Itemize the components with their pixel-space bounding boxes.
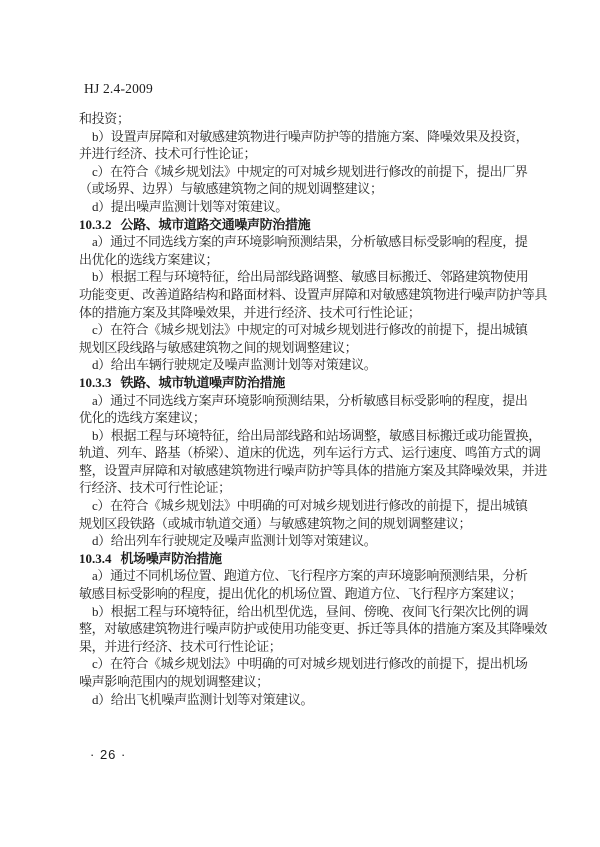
text-line: c）在符合《城乡规划法》中规定的可对城乡规划进行修改的前提下，提出厂界: [79, 163, 525, 181]
text-line: 功能变更、改善道路结构和路面材料、设置声屏障和对敏感建筑物进行噪声防护等具: [79, 286, 525, 304]
text-line: 果，并进行经济、技术可行性论证；: [79, 638, 525, 656]
text-line: b）根据工程与环境特征，给出局部线路调整、敏感目标搬迁、邻路建筑物使用: [79, 268, 525, 286]
text-line: b）根据工程与环境特征，给出局部线路和站场调整，敏感目标搬迁或功能置换，: [79, 427, 525, 445]
text-line: 整，对敏感建筑物进行噪声防护或使用功能变更、拆迁等具体的措施方案及其降噪效: [79, 620, 525, 638]
text-line: 出优化的选线方案建议；: [79, 251, 525, 269]
text-line: a）通过不同选线方案声环境影响预测结果，分析敏感目标受影响的程度，提出: [79, 392, 525, 410]
text-line: a）通过不同机场位置、跑道方位、飞行程序方案的声环境影响预测结果，分析: [79, 567, 525, 585]
section-heading: 10.3.3铁路、城市轨道噪声防治措施: [79, 374, 525, 392]
text-line: 优化的选线方案建议；: [79, 409, 525, 427]
page-number: · 26 ·: [90, 747, 126, 762]
clause-number: 10.3.4: [79, 551, 112, 566]
clause-number: 10.3.3: [79, 375, 112, 390]
text-line: 并进行经济、技术可行性论证；: [79, 145, 525, 163]
section-heading: 10.3.4机场噪声防治措施: [79, 550, 525, 568]
document-page: HJ 2.4-2009 和投资；b）设置声屏障和对敏感建筑物进行噪声防护等的措施…: [0, 0, 600, 847]
text-line: b）根据工程与环境特征，给出机型优选，昼间、傍晚、夜间飞行架次比例的调: [79, 603, 525, 621]
text-line: 规划区段线路与敏感建筑物之间的规划调整建议；: [79, 339, 525, 357]
text-line: d）提出噪声监测计划等对策建议。: [79, 198, 525, 216]
text-line: d）给出车辆行驶规定及噪声监测计划等对策建议。: [79, 356, 525, 374]
clause-title: 铁路、城市轨道噪声防治措施: [121, 375, 285, 390]
text-line: d）给出列车行驶规定及噪声监测计划等对策建议。: [79, 532, 525, 550]
text-line: c）在符合《城乡规划法》中明确的可对城乡规划进行修改的前提下，提出城镇: [79, 497, 525, 515]
text-line: d）给出飞机噪声监测计划等对策建议。: [79, 691, 525, 709]
text-line: 轨道、列车、路基（桥梁）、道床的优选，列车运行方式、运行速度、鸣笛方式的调: [79, 444, 525, 462]
text-line: 体的措施方案及其降噪效果，并进行经济、技术可行性论证；: [79, 304, 525, 322]
text-line: 敏感目标受影响的程度，提出优化的机场位置、跑道方位、飞行程序方案建议；: [79, 585, 525, 603]
text-line: 规划区段铁路（或城市轨道交通）与敏感建筑物之间的规划调整建议；: [79, 515, 525, 533]
text-line: 整，设置声屏障和对敏感建筑物进行噪声防护等具体的措施方案及其降噪效果，并进: [79, 462, 525, 480]
document-body: 和投资；b）设置声屏障和对敏感建筑物进行噪声防护等的措施方案、降噪效果及投资，并…: [79, 110, 525, 708]
standard-number-header: HJ 2.4-2009: [84, 81, 153, 97]
text-line: c）在符合《城乡规划法》中规定的可对城乡规划进行修改的前提下，提出城镇: [79, 321, 525, 339]
section-heading: 10.3.2公路、城市道路交通噪声防治措施: [79, 216, 525, 234]
clause-title: 公路、城市道路交通噪声防治措施: [121, 217, 311, 232]
text-line: 行经济、技术可行性论证；: [79, 479, 525, 497]
text-line: c）在符合《城乡规划法》中明确的可对城乡规划进行修改的前提下，提出机场: [79, 655, 525, 673]
text-line: （或场界、边界）与敏感建筑物之间的规划调整建议；: [79, 180, 525, 198]
clause-title: 机场噪声防治措施: [121, 551, 222, 566]
text-line: b）设置声屏障和对敏感建筑物进行噪声防护等的措施方案、降噪效果及投资，: [79, 128, 525, 146]
text-line: 噪声影响范围内的规划调整建议；: [79, 673, 525, 691]
clause-number: 10.3.2: [79, 217, 112, 232]
text-line: 和投资；: [79, 110, 525, 128]
text-line: a）通过不同选线方案的声环境影响预测结果，分析敏感目标受影响的程度，提: [79, 233, 525, 251]
